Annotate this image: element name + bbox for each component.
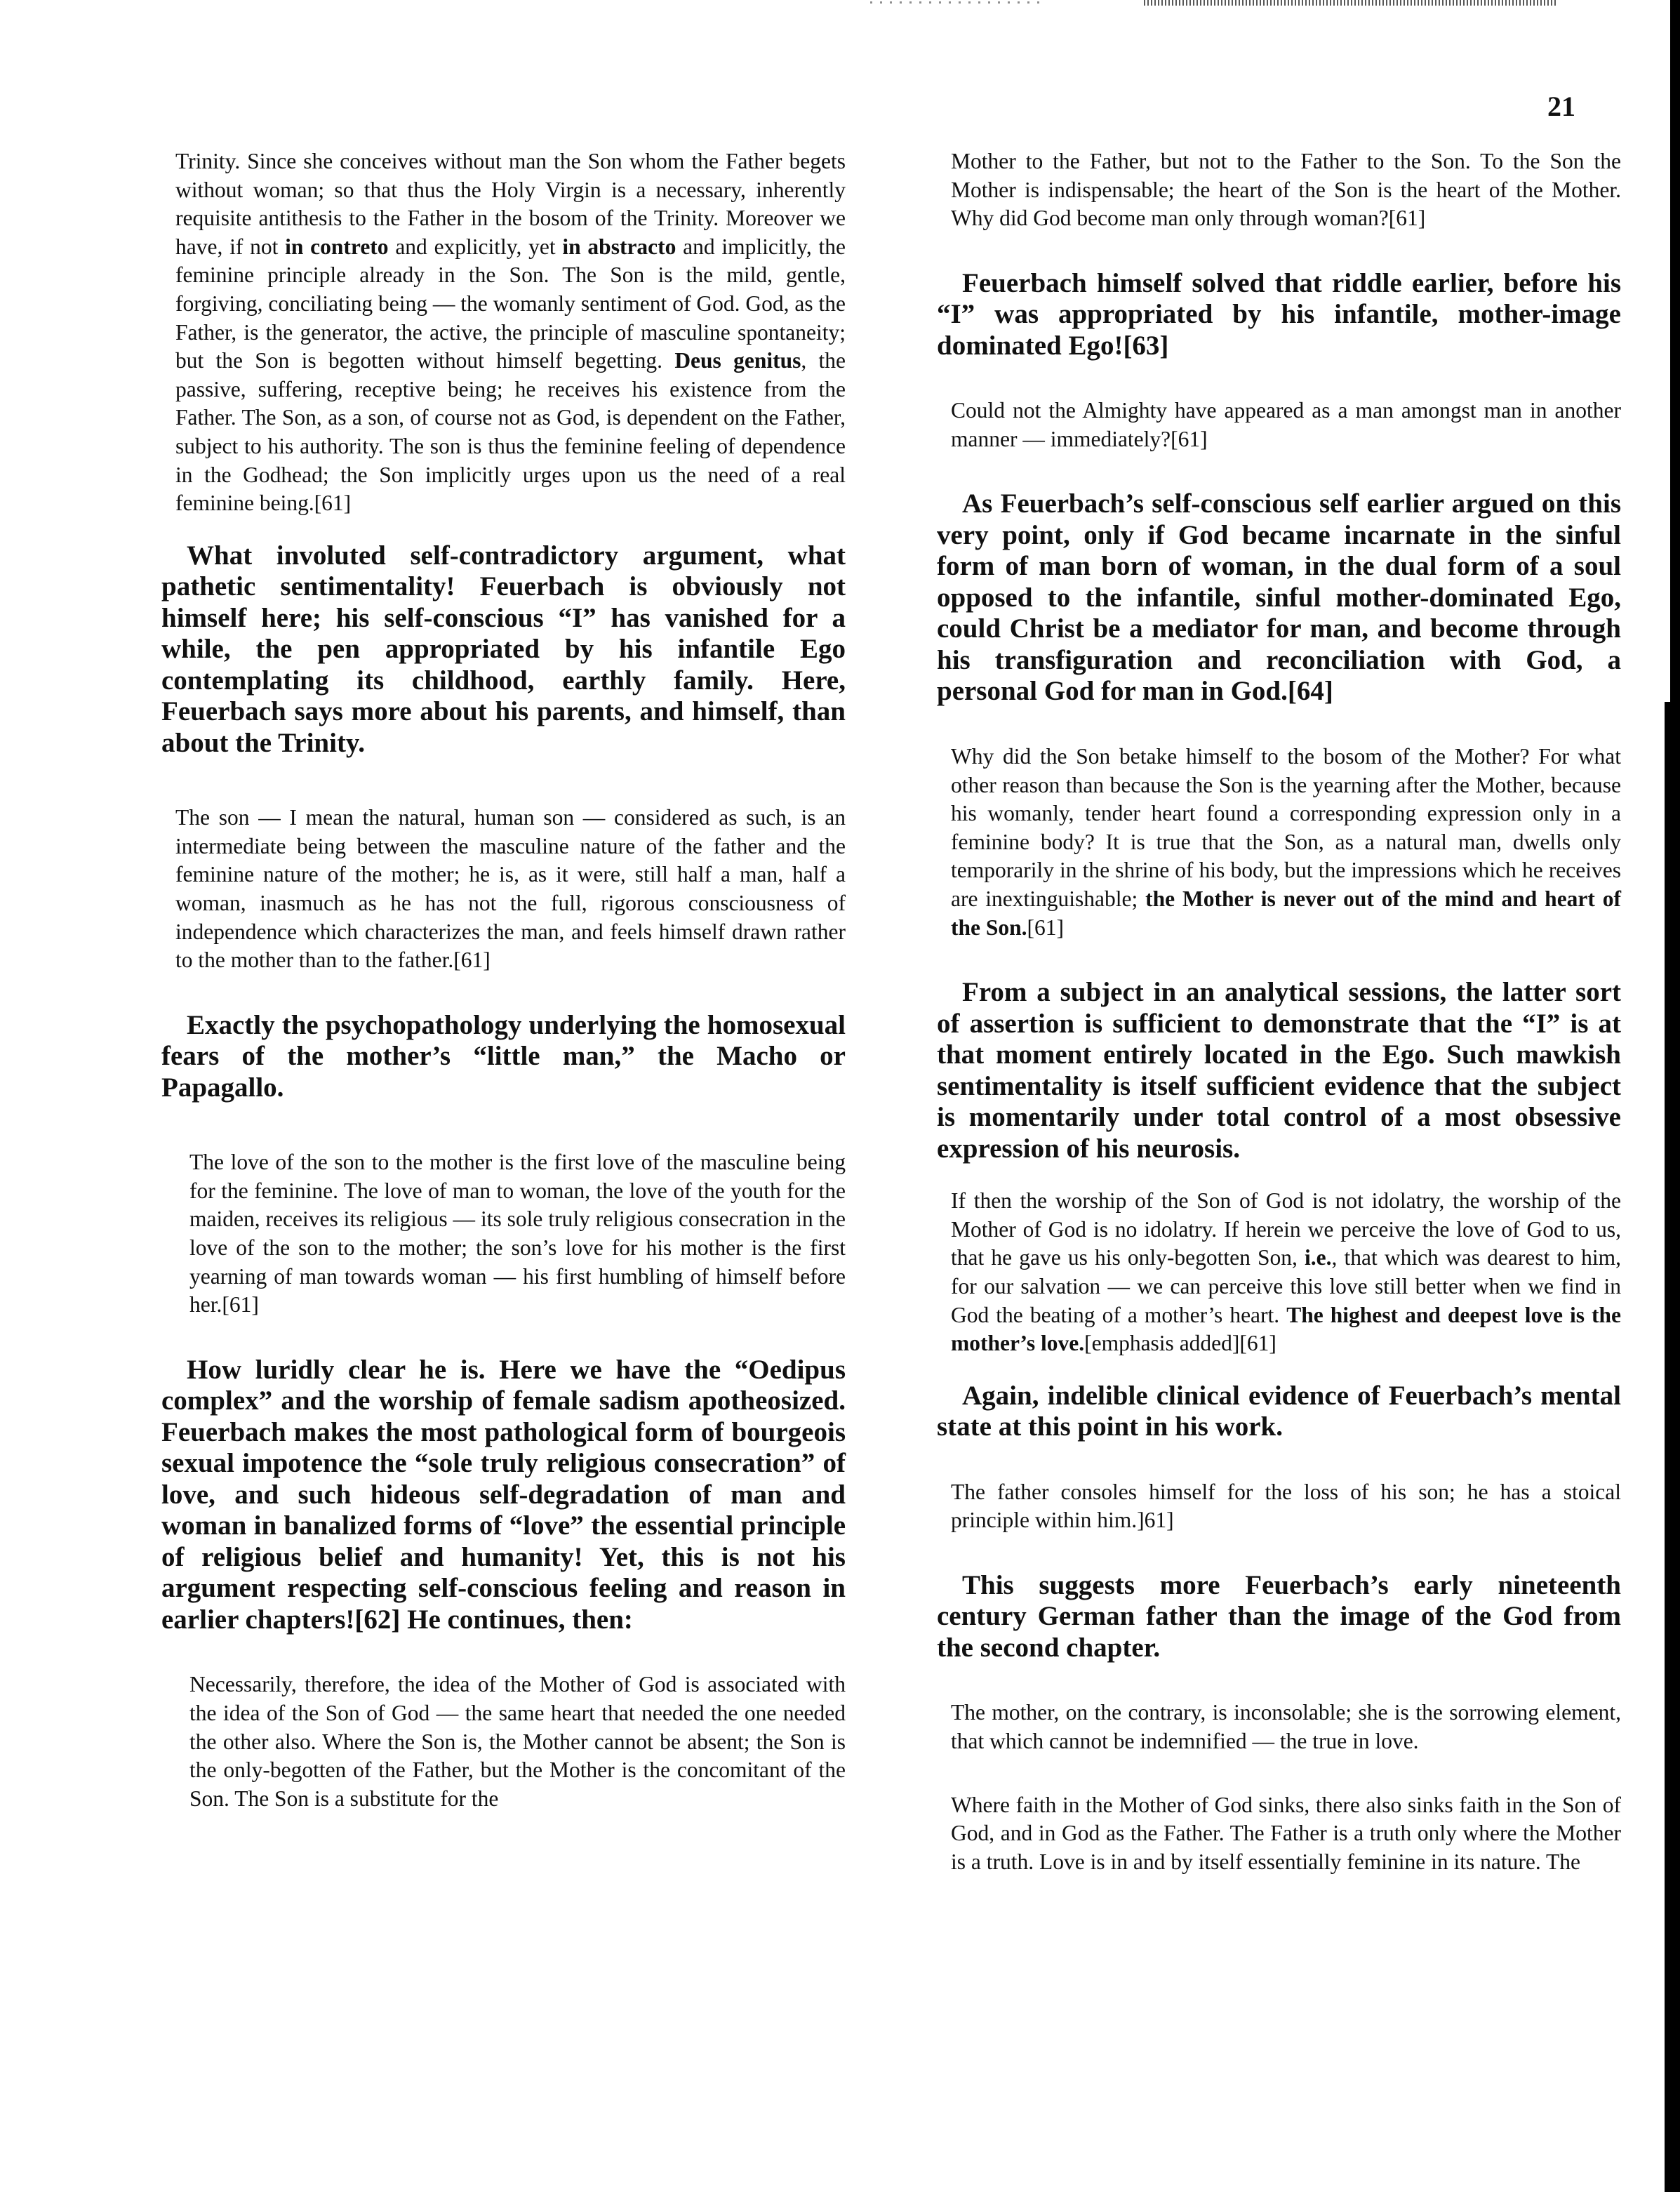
- text-run: Exactly the psychopathology underlying t…: [161, 1010, 846, 1103]
- text-run: , the passive, suffering, receptive bein…: [175, 348, 846, 515]
- body-paragraph: How luridly clear he is. Here we have th…: [161, 1355, 846, 1636]
- body-paragraph: Feuerbach himself solved that riddle ear…: [937, 268, 1621, 362]
- text-run: Again, indelible clinical evidence of Fe…: [937, 1381, 1621, 1442]
- scan-artifact-top-left: [870, 1, 1046, 4]
- scan-edge-shadow-lower: [1665, 702, 1670, 2192]
- text-run: [emphasis added][61]: [1084, 1331, 1276, 1355]
- text-run: As Feuerbach’s self-conscious self earli…: [937, 489, 1621, 706]
- body-paragraph: Again, indelible clinical evidence of Fe…: [937, 1381, 1621, 1443]
- body-paragraph: This suggests more Feuerbach’s early nin…: [937, 1570, 1621, 1664]
- text-run: The mother, on the contrary, is inconsol…: [951, 1700, 1621, 1753]
- text-run: How luridly clear he is. Here we have th…: [161, 1355, 846, 1635]
- emphasis-text: in abstracto: [562, 234, 676, 259]
- text-run: and explicitly, yet: [389, 234, 563, 259]
- text-run: The love of the son to the mother is the…: [189, 1150, 846, 1317]
- text-run: Where faith in the Mother of God sinks, …: [951, 1793, 1621, 1874]
- text-run: [61]: [1027, 915, 1064, 940]
- scan-artifact-top: [1144, 0, 1558, 6]
- block-quote: Where faith in the Mother of God sinks, …: [951, 1791, 1621, 1877]
- scan-edge-shadow: [1670, 0, 1680, 2192]
- emphasis-text: i.e.: [1305, 1245, 1331, 1270]
- block-quote: Could not the Almighty have appeared as …: [951, 397, 1621, 453]
- block-quote: The love of the son to the mother is the…: [189, 1148, 846, 1320]
- emphasis-text: in contreto: [285, 234, 388, 259]
- block-quote: Trinity. Since she conceives without man…: [175, 147, 846, 518]
- block-quote: Why did the Son betake himself to the bo…: [951, 743, 1621, 942]
- text-run: This suggests more Feuerbach’s early nin…: [937, 1570, 1621, 1663]
- body-paragraph: What involuted self-contradictory argume…: [161, 540, 846, 759]
- body-paragraph: As Feuerbach’s self-conscious self earli…: [937, 489, 1621, 708]
- text-run: Mother to the Father, but not to the Fat…: [951, 149, 1621, 230]
- text-run: Feuerbach himself solved that riddle ear…: [937, 268, 1621, 361]
- block-quote: Necessarily, therefore, the idea of the …: [189, 1670, 846, 1813]
- body-paragraph: Exactly the psychopathology underlying t…: [161, 1010, 846, 1104]
- text-run: Necessarily, therefore, the idea of the …: [189, 1672, 846, 1810]
- block-quote: The mother, on the contrary, is inconsol…: [951, 1699, 1621, 1755]
- block-quote: The father consoles himself for the loss…: [951, 1478, 1621, 1535]
- block-quote: The son — I mean the natural, human son …: [175, 804, 846, 975]
- text-run: From a subject in an analytical sessions…: [937, 977, 1621, 1164]
- right-column: Mother to the Father, but not to the Fat…: [937, 147, 1621, 1876]
- body-paragraph: From a subject in an analytical sessions…: [937, 977, 1621, 1164]
- block-quote: If then the worship of the Son of God is…: [951, 1187, 1621, 1358]
- text-run: The father consoles himself for the loss…: [951, 1480, 1621, 1533]
- emphasis-text: himself: [161, 603, 246, 633]
- block-quote: Mother to the Father, but not to the Fat…: [951, 147, 1621, 233]
- emphasis-text: Deus genitus: [674, 348, 801, 373]
- page-number: 21: [1547, 90, 1575, 123]
- text-run: here; his self-conscious “I” has vanishe…: [161, 603, 846, 758]
- text-run: Could not the Almighty have appeared as …: [951, 398, 1621, 451]
- text-run: What involuted self-contradictory argume…: [161, 540, 846, 602]
- text-run: The son — I mean the natural, human son …: [175, 805, 846, 972]
- left-column: Trinity. Since she conceives without man…: [161, 147, 846, 1813]
